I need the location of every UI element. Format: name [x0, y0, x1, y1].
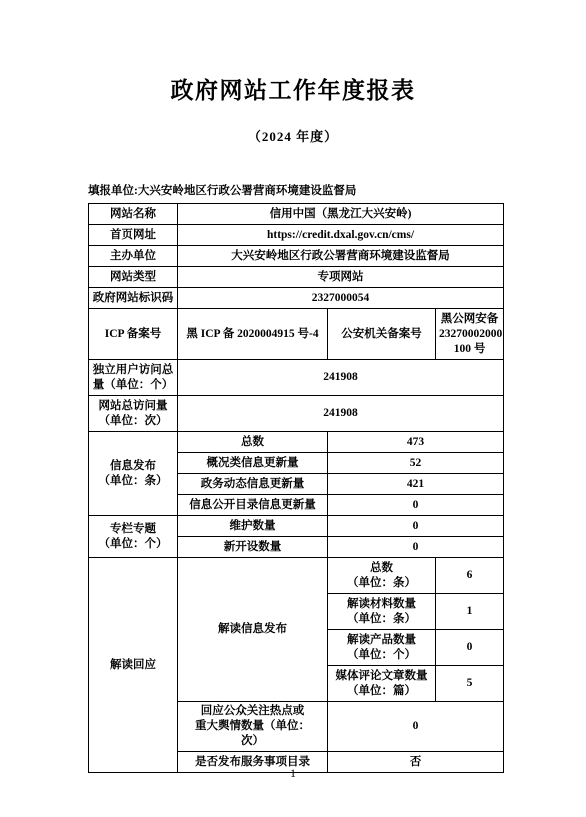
report-year: （2024 年度） [0, 126, 586, 145]
row-organizer: 主办单位 大兴安岭地区行政公署营商环境建设监督局 [89, 246, 504, 267]
organizer-label-cell: 主办单位 [89, 246, 178, 267]
interpretation-total-value-cell: 6 [436, 558, 504, 594]
topics-new-value-cell: 0 [328, 537, 504, 558]
info-release-news-value-cell: 421 [328, 474, 504, 495]
info-release-overview-label-cell: 概况类信息更新量 [178, 453, 328, 474]
row-total-visits: 网站总访问量 （单位：次） 241908 [89, 396, 504, 432]
site-type-label-cell: 网站类型 [89, 267, 178, 288]
info-release-catalog-value-cell: 0 [328, 495, 504, 516]
police-record-label-cell: 公安机关备案号 [328, 309, 436, 360]
interpretation-materials-value-cell: 1 [436, 594, 504, 630]
site-code-value-cell: 2327000054 [178, 288, 504, 309]
reporting-unit-label: 填报单位: [88, 185, 138, 197]
row-icp: ICP 备案号 黑 ICP 备 2020004915 号-4 公安机关备案号 黑… [89, 309, 504, 360]
row-unique-visitors: 独立用户访问总 量（单位：个） 241908 [89, 360, 504, 396]
total-visits-value-cell: 241908 [178, 396, 504, 432]
police-record-value-cell: 黑公网安备 23270002000 100 号 [436, 309, 504, 360]
icp-label-cell: ICP 备案号 [89, 309, 178, 360]
interpretation-release-label-cell: 解读信息发布 [178, 558, 328, 702]
topics-new-label-cell: 新开设数量 [178, 537, 328, 558]
interpretation-total-label-cell: 总数 （单位：条） [328, 558, 436, 594]
unique-visitors-value-cell: 241908 [178, 360, 504, 396]
hot-response-value-cell: 0 [328, 702, 504, 752]
info-release-total-value-cell: 473 [328, 432, 504, 453]
organizer-value-cell: 大兴安岭地区行政公署营商环境建设监督局 [178, 246, 504, 267]
page-number: 1 [0, 766, 586, 781]
topics-group-label-cell: 专栏专题 （单位：个） [89, 516, 178, 558]
reporting-unit-line: 填报单位:大兴安岭地区行政公署营商环境建设监督局 [88, 182, 586, 198]
info-release-overview-value-cell: 52 [328, 453, 504, 474]
site-name-label-cell: 网站名称 [89, 204, 178, 225]
topics-maintained-value-cell: 0 [328, 516, 504, 537]
site-name-value-cell: 信用中国（黑龙江大兴安岭) [178, 204, 504, 225]
row-interpretation-total: 解读回应 解读信息发布 总数 （单位：条） 6 [89, 558, 504, 594]
row-info-release-total: 信息发布 （单位：条） 总数 473 [89, 432, 504, 453]
row-site-code: 政府网站标识码 2327000054 [89, 288, 504, 309]
hot-response-label-cell: 回应公众关注热点或 重大舆情数量（单位： 次） [178, 702, 328, 752]
home-url-label-cell: 首页网址 [89, 225, 178, 246]
row-site-name: 网站名称 信用中国（黑龙江大兴安岭) [89, 204, 504, 225]
interpretation-media-label-cell: 媒体评论文章数量 （单位：篇） [328, 666, 436, 702]
row-home-url: 首页网址 https://credit.dxal.gov.cn/cms/ [89, 225, 504, 246]
total-visits-label-cell: 网站总访问量 （单位：次） [89, 396, 178, 432]
info-release-total-label-cell: 总数 [178, 432, 328, 453]
reporting-unit-value: 大兴安岭地区行政公署营商环境建设监督局 [138, 185, 357, 197]
annual-report-table: 网站名称 信用中国（黑龙江大兴安岭) 首页网址 https://credit.d… [88, 203, 504, 773]
interpretation-group-label-cell: 解读回应 [89, 558, 178, 773]
info-release-catalog-label-cell: 信息公开目录信息更新量 [178, 495, 328, 516]
home-url-value-cell: https://credit.dxal.gov.cn/cms/ [178, 225, 504, 246]
interpretation-products-value-cell: 0 [436, 630, 504, 666]
interpretation-media-value-cell: 5 [436, 666, 504, 702]
icp-value-cell: 黑 ICP 备 2020004915 号-4 [178, 309, 328, 360]
interpretation-products-label-cell: 解读产品数量 （单位：个） [328, 630, 436, 666]
row-site-type: 网站类型 专项网站 [89, 267, 504, 288]
report-title: 政府网站工作年度报表 [0, 0, 586, 105]
unique-visitors-label-cell: 独立用户访问总 量（单位：个） [89, 360, 178, 396]
site-type-value-cell: 专项网站 [178, 267, 504, 288]
row-topics-maintained: 专栏专题 （单位：个） 维护数量 0 [89, 516, 504, 537]
interpretation-materials-label-cell: 解读材料数量 （单位：条） [328, 594, 436, 630]
document-page: 政府网站工作年度报表 （2024 年度） 填报单位:大兴安岭地区行政公署营商环境… [0, 0, 586, 817]
site-code-label-cell: 政府网站标识码 [89, 288, 178, 309]
info-release-group-label-cell: 信息发布 （单位：条） [89, 432, 178, 516]
info-release-news-label-cell: 政务动态信息更新量 [178, 474, 328, 495]
topics-maintained-label-cell: 维护数量 [178, 516, 328, 537]
